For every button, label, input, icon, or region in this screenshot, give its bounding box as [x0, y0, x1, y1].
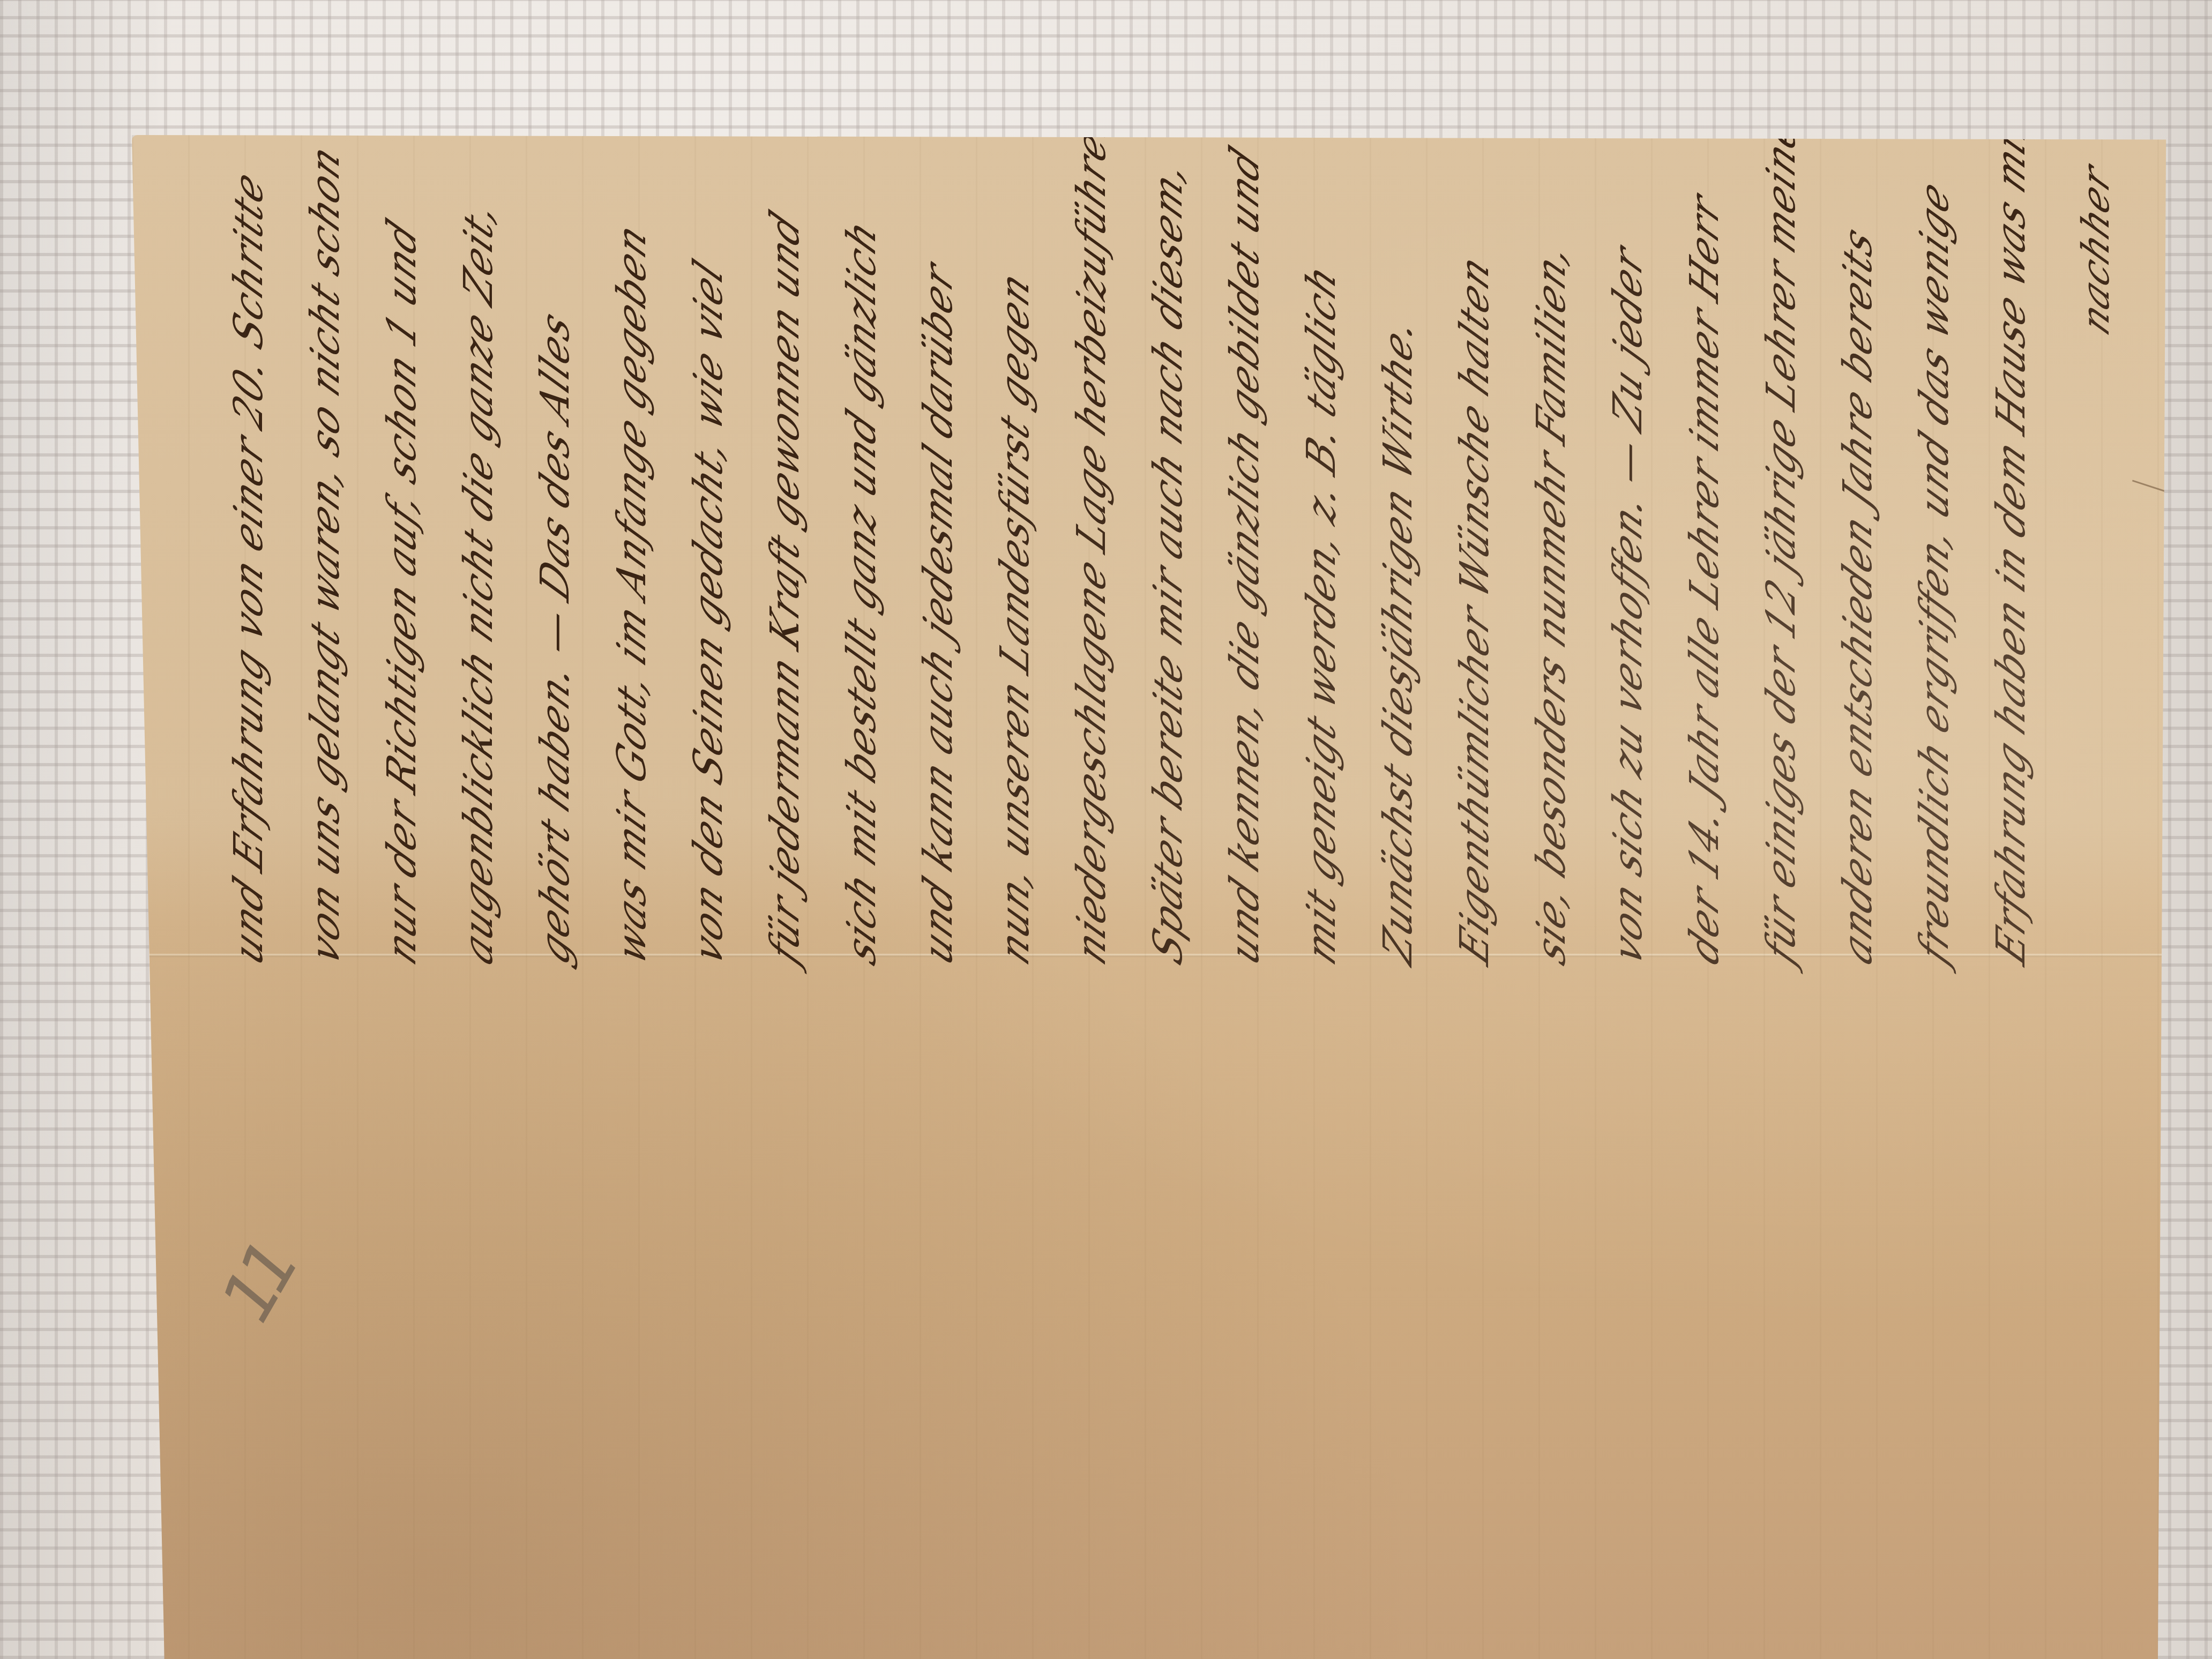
handwritten-line: Später bereite mir auch nach diesem,	[1148, 152, 1188, 971]
handwritten-line: nur der Richtigen auf, schon 1 und	[382, 212, 422, 971]
handwritten-line: freundlich ergriffen, und das wenige	[1915, 174, 1954, 971]
handwritten-line: für jedermann Kraft gewonnen und	[765, 204, 805, 971]
fold-line	[132, 954, 2168, 957]
handwritten-line: anderen entschieden Jahre bereits	[1838, 219, 1878, 971]
handwritten-line: was mir Gott, im Anfange gegeben	[612, 216, 652, 971]
handwritten-line: und kennen, die gänzlich gebildet und	[1225, 140, 1265, 971]
handwritten-line: von den Seinen gedacht, wie viel	[689, 253, 728, 971]
handwritten-line: und Erfahrung von einer 20. Schritte	[229, 164, 268, 971]
letter-page: 11 und Erfahrung von einer 20. Schritte …	[132, 135, 2168, 1659]
edge-crease	[2132, 480, 2169, 492]
handwritten-line: sie, besonders nunmehr Familien,	[1531, 234, 1571, 971]
handwritten-line: Zunächst diesjährigen Wirthe.	[1378, 309, 1418, 971]
handwritten-closing-word: nachher	[2077, 158, 2114, 341]
handwritten-line: der 14. Jahr alle Lehrer immer Herr	[1685, 186, 1724, 971]
handwritten-line: sich mit bestellt ganz und gänzlich	[842, 212, 881, 971]
handwritten-line: Erfahrung haben in dem Hause was mir	[1991, 106, 2031, 971]
handwritten-line: augenblicklich nicht die ganze Zeit,	[459, 192, 498, 971]
handwritten-line: von sich zu verhoffen. — Zu jeder	[1608, 238, 1648, 971]
handwritten-line: und kann auch jedesmal darüber	[918, 255, 958, 971]
handwritten-line: niedergeschlagene Lage herbeizuführen.	[1072, 83, 1111, 971]
handwritten-line: mit geneigt werden, z. B. täglich	[1302, 257, 1341, 971]
handwritten-line: nun, unseren Landesfürst gegen	[995, 264, 1035, 971]
handwritten-line: gehört haben. — Das des Alles	[535, 304, 575, 971]
handwritten-line: von uns gelangt waren, so nicht schon	[305, 138, 345, 971]
handwritten-line: für einiges der 12 jährige Lehrer meine	[1761, 110, 1801, 971]
handwritten-line: Eigenthümlicher Wünsche halten	[1455, 248, 1494, 971]
pencil-page-number: 11	[208, 1228, 307, 1341]
